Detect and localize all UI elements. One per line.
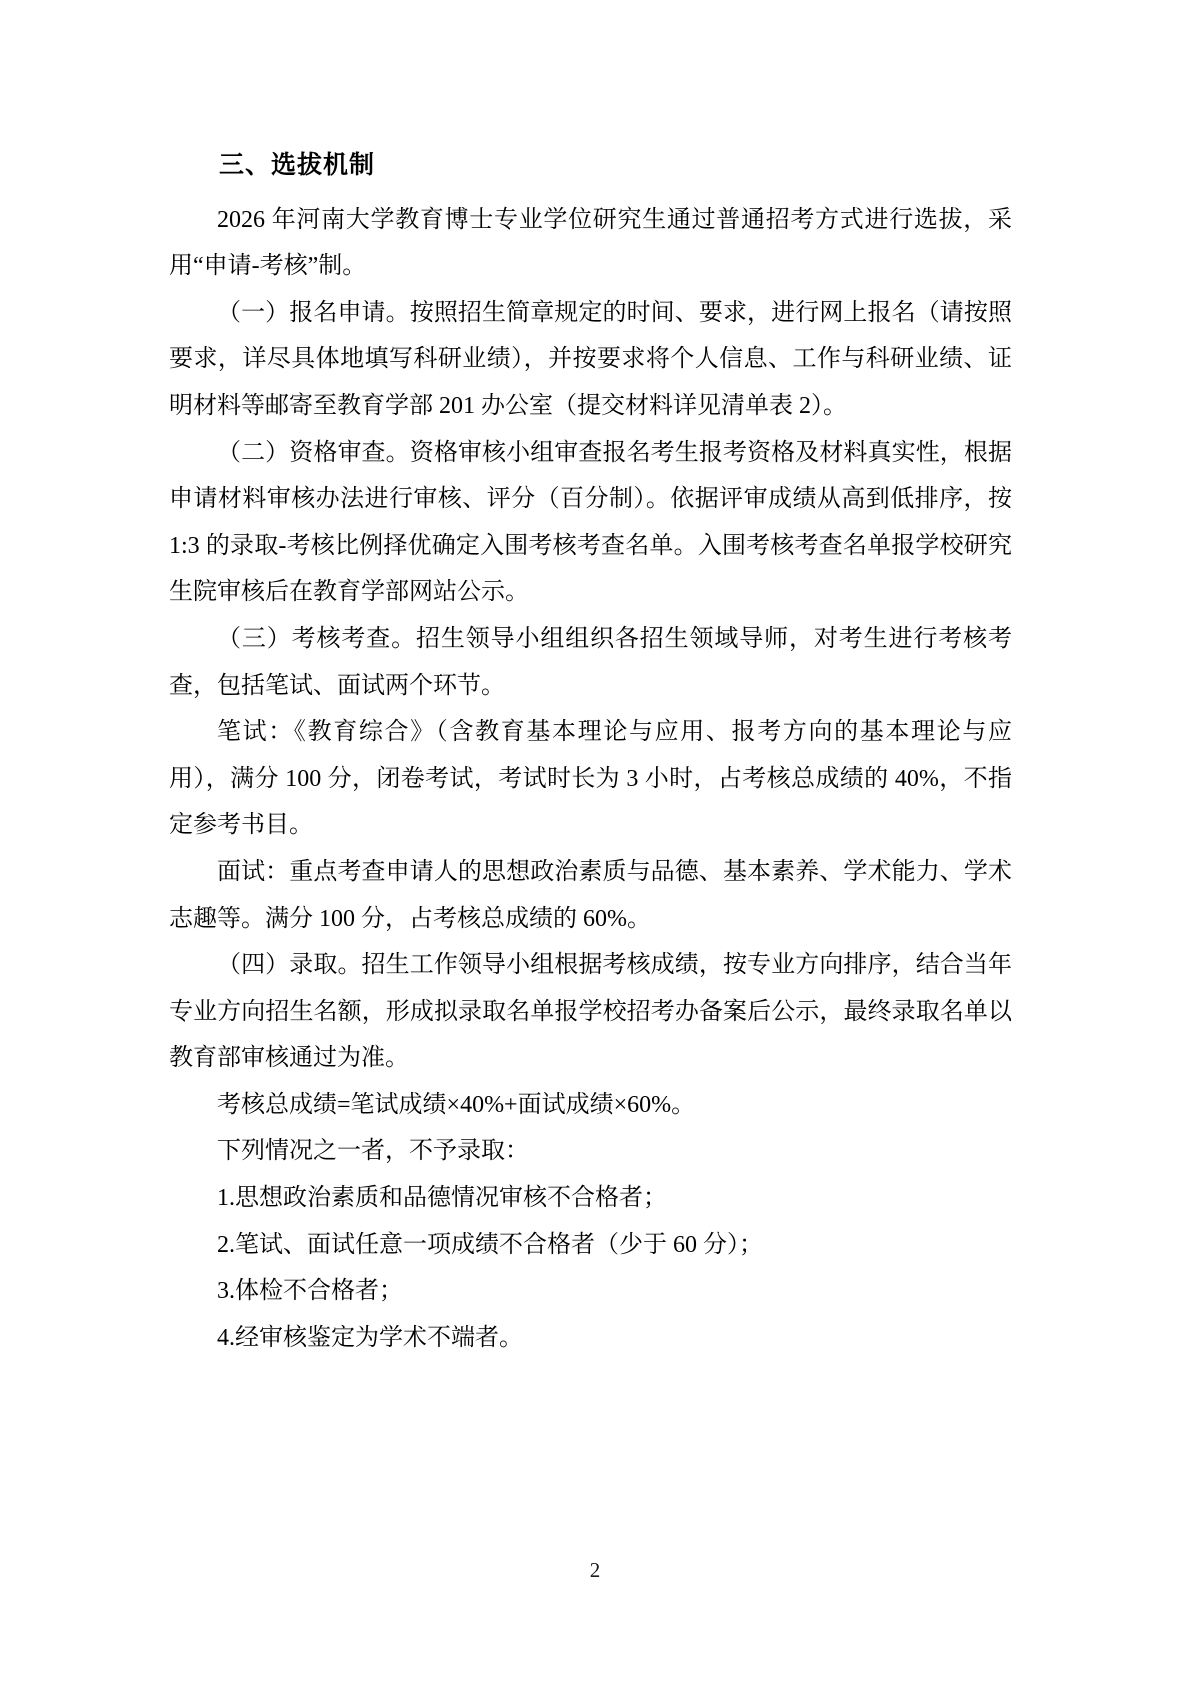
paragraph-qualification-review: （二）资格审查。资格审核小组审查报名考生报考资格及材料真实性，根据申请材料审核办…: [169, 430, 1012, 616]
paragraph-interview: 面试：重点考查申请人的思想政治素质与品德、基本素养、学术能力、学术志趣等。满分 …: [169, 849, 1012, 942]
paragraph-selection-overview: 2026 年河南大学教育博士专业学位研究生通过普通招考方式进行选拔，采用“申请-…: [169, 197, 1012, 290]
paragraph-assessment: （三）考核考查。招生领导小组组织各招生领域导师，对考生进行考核考查，包括笔试、面…: [169, 616, 1012, 709]
page-number: 2: [0, 1556, 1190, 1584]
paragraph-registration: （一）报名申请。按照招生简章规定的时间、要求，进行网上报名（请按照要求，详尽具体…: [169, 290, 1012, 430]
rejection-list-item-4: 4.经审核鉴定为学术不端者。: [169, 1315, 1012, 1362]
rejection-list-item-3: 3.体检不合格者；: [169, 1268, 1012, 1315]
document-page: 三、选拔机制 2026 年河南大学教育博士专业学位研究生通过普通招考方式进行选拔…: [0, 0, 1190, 1682]
paragraph-written-test: 笔试：《教育综合》（含教育基本理论与应用、报考方向的基本理论与应用），满分 10…: [169, 709, 1012, 849]
paragraph-rejection-intro: 下列情况之一者，不予录取：: [169, 1128, 1012, 1175]
rejection-list-item-2: 2.笔试、面试任意一项成绩不合格者（少于 60 分）；: [169, 1222, 1012, 1269]
paragraph-total-score-formula: 考核总成绩=笔试成绩×40%+面试成绩×60%。: [169, 1082, 1012, 1129]
rejection-list-item-1: 1.思想政治素质和品德情况审核不合格者；: [169, 1175, 1012, 1222]
section-heading: 三、选拔机制: [169, 142, 1012, 189]
paragraph-admission: （四）录取。招生工作领导小组根据考核成绩，按专业方向排序，结合当年专业方向招生名…: [169, 942, 1012, 1082]
document-content: 三、选拔机制 2026 年河南大学教育博士专业学位研究生通过普通招考方式进行选拔…: [169, 142, 1012, 1361]
